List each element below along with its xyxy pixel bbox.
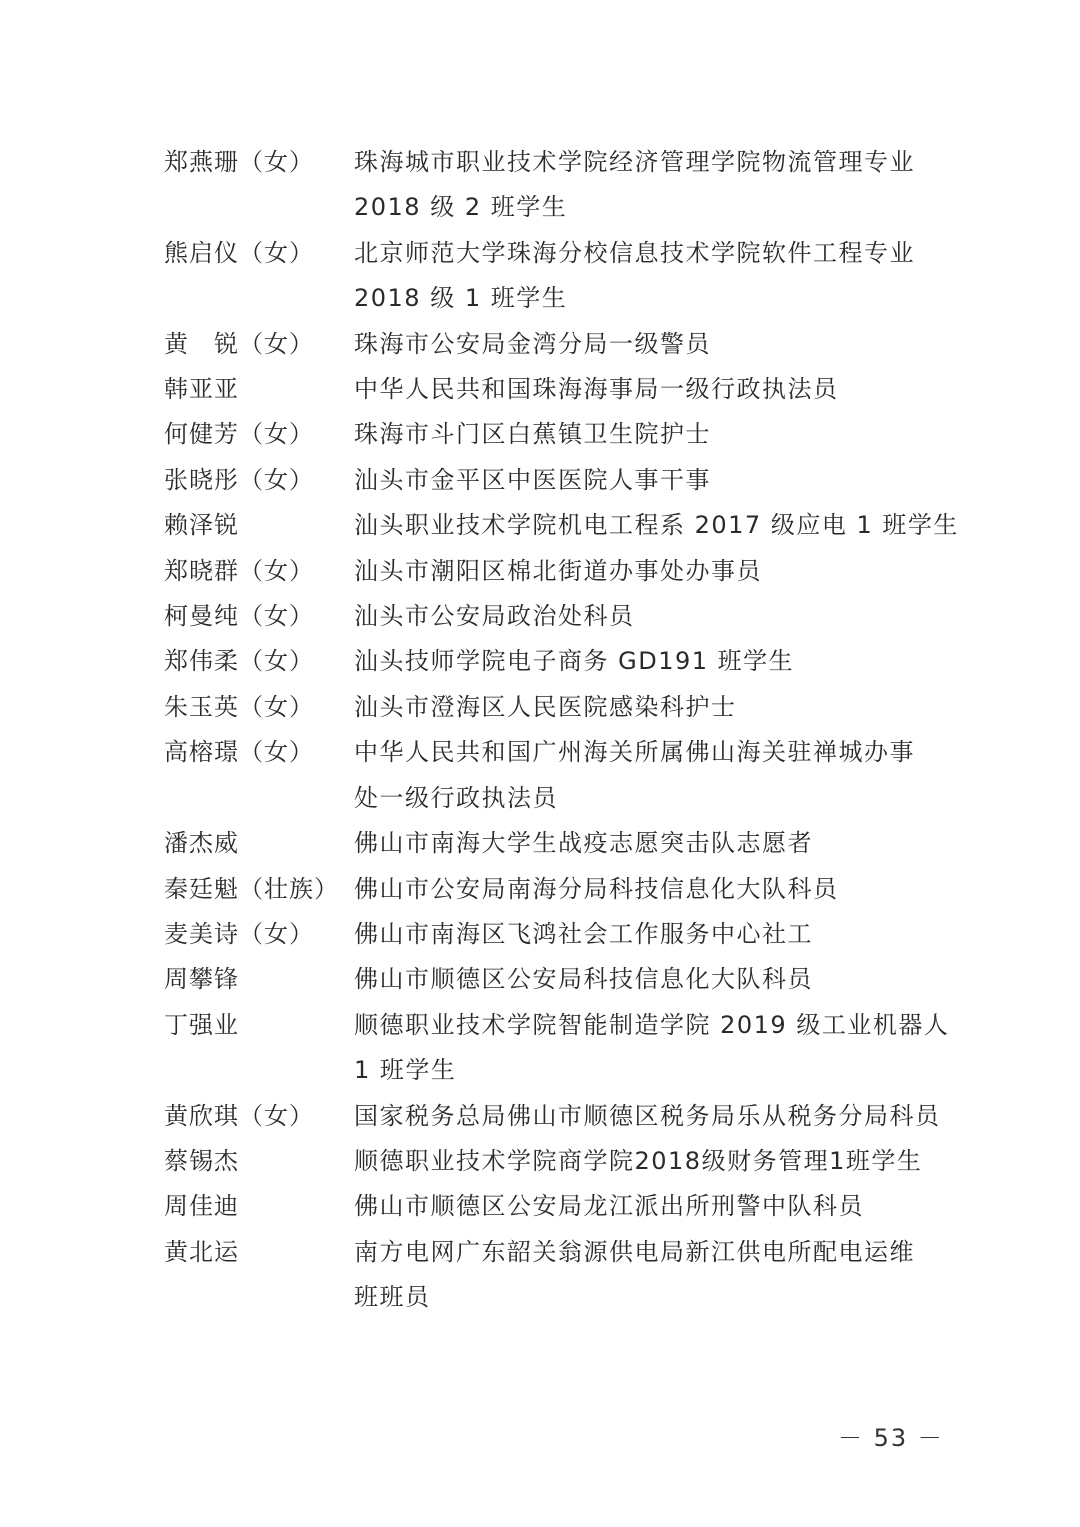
- person-description: 汕头市澄海区人民医院感染科护士: [354, 685, 954, 730]
- person-name: 黄欣琪（女）: [164, 1094, 354, 1139]
- list-item: 朱玉英（女）汕头市澄海区人民医院感染科护士: [164, 685, 954, 730]
- list-item: 周佳迪佛山市顺德区公安局龙江派出所刑警中队科员: [164, 1184, 954, 1229]
- list-item: 周攀锋佛山市顺德区公安局科技信息化大队科员: [164, 957, 954, 1002]
- person-name: 朱玉英（女）: [164, 685, 354, 730]
- list-item: 黄 锐（女）珠海市公安局金湾分局一级警员: [164, 322, 954, 367]
- description-line: 北京师范大学珠海分校信息技术学院软件工程专业: [354, 231, 954, 276]
- description-line: 佛山市南海区飞鸿社会工作服务中心社工: [354, 912, 954, 957]
- description-line: 佛山市顺德区公安局科技信息化大队科员: [354, 957, 954, 1002]
- person-name: 何健芳（女）: [164, 412, 354, 457]
- person-description: 汕头市潮阳区棉北街道办事处办事员: [354, 549, 954, 594]
- person-description: 汕头市金平区中医医院人事干事: [354, 458, 954, 503]
- description-line: 国家税务总局佛山市顺德区税务局乐从税务分局科员: [354, 1094, 954, 1139]
- description-line: 班班员: [354, 1275, 954, 1320]
- document-page: 郑燕珊（女）珠海城市职业技术学院经济管理学院物流管理专业2018 级 2 班学生…: [0, 0, 1080, 1527]
- person-name: 郑晓群（女）: [164, 549, 354, 594]
- list-item: 郑燕珊（女）珠海城市职业技术学院经济管理学院物流管理专业2018 级 2 班学生: [164, 140, 954, 231]
- person-description: 北京师范大学珠海分校信息技术学院软件工程专业2018 级 1 班学生: [354, 231, 954, 322]
- description-line: 顺德职业技术学院智能制造学院 2019 级工业机器人: [354, 1003, 954, 1048]
- person-description: 佛山市南海区飞鸿社会工作服务中心社工: [354, 912, 954, 957]
- list-item: 郑伟柔（女）汕头技师学院电子商务 GD191 班学生: [164, 639, 954, 684]
- list-item: 潘杰威佛山市南海大学生战疫志愿突击队志愿者: [164, 821, 954, 866]
- person-name: 丁强业: [164, 1003, 354, 1048]
- description-line: 1 班学生: [354, 1048, 954, 1093]
- person-description: 国家税务总局佛山市顺德区税务局乐从税务分局科员: [354, 1094, 954, 1139]
- list-item: 熊启仪（女）北京师范大学珠海分校信息技术学院软件工程专业2018 级 1 班学生: [164, 231, 954, 322]
- description-line: 中华人民共和国广州海关所属佛山海关驻禅城办事: [354, 730, 954, 775]
- honoree-list: 郑燕珊（女）珠海城市职业技术学院经济管理学院物流管理专业2018 级 2 班学生…: [164, 140, 954, 1321]
- person-description: 汕头技师学院电子商务 GD191 班学生: [354, 639, 954, 684]
- list-item: 丁强业顺德职业技术学院智能制造学院 2019 级工业机器人1 班学生: [164, 1003, 954, 1094]
- list-item: 麦美诗（女）佛山市南海区飞鸿社会工作服务中心社工: [164, 912, 954, 957]
- person-name: 郑燕珊（女）: [164, 140, 354, 185]
- person-name: 熊启仪（女）: [164, 231, 354, 276]
- person-name: 赖泽锐: [164, 503, 354, 548]
- person-name: 黄 锐（女）: [164, 322, 354, 367]
- description-line: 佛山市南海大学生战疫志愿突击队志愿者: [354, 821, 954, 866]
- person-name: 潘杰威: [164, 821, 354, 866]
- description-line: 处一级行政执法员: [354, 776, 954, 821]
- person-description: 汕头市公安局政治处科员: [354, 594, 954, 639]
- person-name: 周佳迪: [164, 1184, 354, 1229]
- person-name: 张晓彤（女）: [164, 458, 354, 503]
- person-name: 秦廷魁（壮族）: [164, 867, 354, 912]
- description-line: 汕头市公安局政治处科员: [354, 594, 954, 639]
- description-line: 汕头职业技术学院机电工程系 2017 级应电 1 班学生: [354, 503, 959, 548]
- person-description: 顺德职业技术学院商学院2018级财务管理1班学生: [354, 1139, 954, 1184]
- description-line: 汕头市澄海区人民医院感染科护士: [354, 685, 954, 730]
- list-item: 何健芳（女）珠海市斗门区白蕉镇卫生院护士: [164, 412, 954, 457]
- person-name: 黄北运: [164, 1230, 354, 1275]
- person-description: 珠海城市职业技术学院经济管理学院物流管理专业2018 级 2 班学生: [354, 140, 954, 231]
- page-number: － 53 －: [838, 1418, 944, 1453]
- person-description: 佛山市顺德区公安局科技信息化大队科员: [354, 957, 954, 1002]
- list-item: 蔡锡杰顺德职业技术学院商学院2018级财务管理1班学生: [164, 1139, 954, 1184]
- list-item: 韩亚亚中华人民共和国珠海海事局一级行政执法员: [164, 367, 954, 412]
- description-line: 2018 级 1 班学生: [354, 276, 954, 321]
- description-line: 汕头市金平区中医医院人事干事: [354, 458, 954, 503]
- list-item: 赖泽锐汕头职业技术学院机电工程系 2017 级应电 1 班学生: [164, 503, 954, 548]
- person-description: 顺德职业技术学院智能制造学院 2019 级工业机器人1 班学生: [354, 1003, 954, 1094]
- description-line: 珠海市公安局金湾分局一级警员: [354, 322, 954, 367]
- description-line: 珠海城市职业技术学院经济管理学院物流管理专业: [354, 140, 954, 185]
- description-line: 中华人民共和国珠海海事局一级行政执法员: [354, 367, 954, 412]
- description-line: 佛山市顺德区公安局龙江派出所刑警中队科员: [354, 1184, 954, 1229]
- person-name: 麦美诗（女）: [164, 912, 354, 957]
- person-description: 佛山市顺德区公安局龙江派出所刑警中队科员: [354, 1184, 954, 1229]
- person-description: 珠海市公安局金湾分局一级警员: [354, 322, 954, 367]
- list-item: 柯曼纯（女）汕头市公安局政治处科员: [164, 594, 954, 639]
- person-description: 南方电网广东韶关翁源供电局新江供电所配电运维班班员: [354, 1230, 954, 1321]
- description-line: 汕头技师学院电子商务 GD191 班学生: [354, 639, 954, 684]
- person-name: 蔡锡杰: [164, 1139, 354, 1184]
- list-item: 郑晓群（女）汕头市潮阳区棉北街道办事处办事员: [164, 549, 954, 594]
- list-item: 黄北运南方电网广东韶关翁源供电局新江供电所配电运维班班员: [164, 1230, 954, 1321]
- person-description: 佛山市公安局南海分局科技信息化大队科员: [354, 867, 954, 912]
- person-description: 中华人民共和国珠海海事局一级行政执法员: [354, 367, 954, 412]
- list-item: 张晓彤（女）汕头市金平区中医医院人事干事: [164, 458, 954, 503]
- list-item: 秦廷魁（壮族）佛山市公安局南海分局科技信息化大队科员: [164, 867, 954, 912]
- person-description: 珠海市斗门区白蕉镇卫生院护士: [354, 412, 954, 457]
- list-item: 黄欣琪（女）国家税务总局佛山市顺德区税务局乐从税务分局科员: [164, 1094, 954, 1139]
- person-name: 周攀锋: [164, 957, 354, 1002]
- person-description: 汕头职业技术学院机电工程系 2017 级应电 1 班学生: [354, 503, 959, 548]
- description-line: 2018 级 2 班学生: [354, 185, 954, 230]
- person-name: 柯曼纯（女）: [164, 594, 354, 639]
- person-name: 韩亚亚: [164, 367, 354, 412]
- list-item: 高榕璟（女）中华人民共和国广州海关所属佛山海关驻禅城办事处一级行政执法员: [164, 730, 954, 821]
- person-name: 郑伟柔（女）: [164, 639, 354, 684]
- description-line: 珠海市斗门区白蕉镇卫生院护士: [354, 412, 954, 457]
- description-line: 汕头市潮阳区棉北街道办事处办事员: [354, 549, 954, 594]
- person-description: 中华人民共和国广州海关所属佛山海关驻禅城办事处一级行政执法员: [354, 730, 954, 821]
- description-line: 顺德职业技术学院商学院2018级财务管理1班学生: [354, 1139, 954, 1184]
- person-name: 高榕璟（女）: [164, 730, 354, 775]
- description-line: 佛山市公安局南海分局科技信息化大队科员: [354, 867, 954, 912]
- description-line: 南方电网广东韶关翁源供电局新江供电所配电运维: [354, 1230, 954, 1275]
- person-description: 佛山市南海大学生战疫志愿突击队志愿者: [354, 821, 954, 866]
